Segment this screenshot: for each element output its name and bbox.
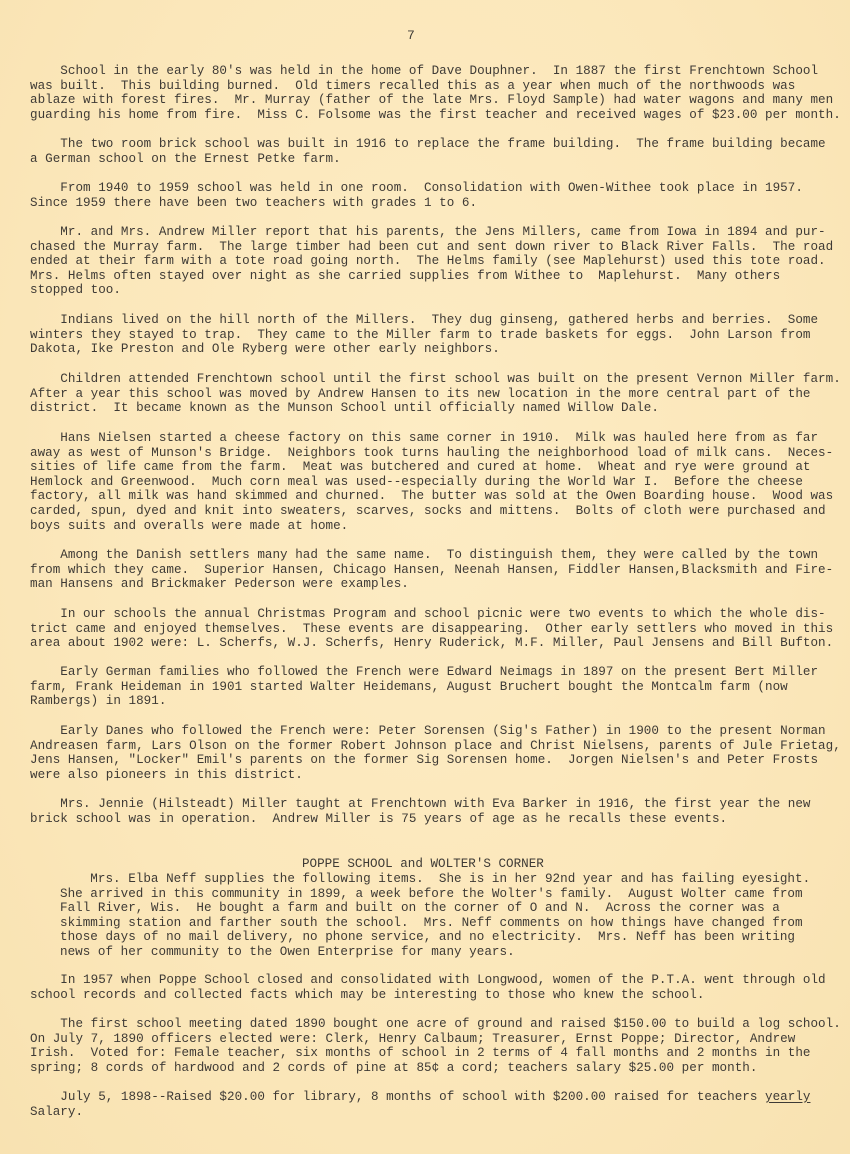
final-line-1: July 5, 1898--Raised $20.00 for library,…: [30, 1090, 765, 1104]
paragraph-one-room: From 1940 to 1959 school was held in one…: [30, 181, 803, 210]
paragraph-elba-neff: Mrs. Elba Neff supplies the following it…: [60, 872, 810, 960]
paragraph-german-families: Early German families who followed the F…: [30, 665, 818, 709]
paragraph-jennie-miller: Mrs. Jennie (Hilsteadt) Miller taught at…: [30, 797, 810, 826]
document-page: 7 School in the early 80's was held in t…: [0, 0, 850, 1154]
paragraph-indians: Indians lived on the hill north of the M…: [30, 313, 818, 357]
underlined-word-yearly: yearly: [765, 1090, 810, 1104]
paragraph-christmas-program: In our schools the annual Christmas Prog…: [30, 607, 833, 651]
paragraph-cheese-factory: Hans Nielsen started a cheese factory on…: [30, 431, 833, 533]
paragraph-munson-school: Children attended Frenchtown school unti…: [30, 372, 841, 416]
paragraph-danish-settlers: Among the Danish settlers many had the s…: [30, 548, 833, 592]
paragraph-poppe-closed: In 1957 when Poppe School closed and con…: [30, 973, 826, 1002]
paragraph-july-1898: July 5, 1898--Raised $20.00 for library,…: [30, 1090, 810, 1119]
page-number: 7: [407, 28, 415, 43]
paragraph-miller-family: Mr. and Mrs. Andrew Miller report that h…: [30, 225, 833, 298]
paragraph-early-school: School in the early 80's was held in the…: [30, 64, 841, 122]
paragraph-brick-school: The two room brick school was built in 1…: [30, 137, 826, 166]
paragraph-first-meeting: The first school meeting dated 1890 boug…: [30, 1017, 841, 1075]
paragraph-danes: Early Danes who followed the French were…: [30, 724, 841, 782]
section-heading: POPPE SCHOOL and WOLTER'S CORNER: [302, 857, 544, 871]
final-line-2: Salary.: [30, 1105, 83, 1119]
